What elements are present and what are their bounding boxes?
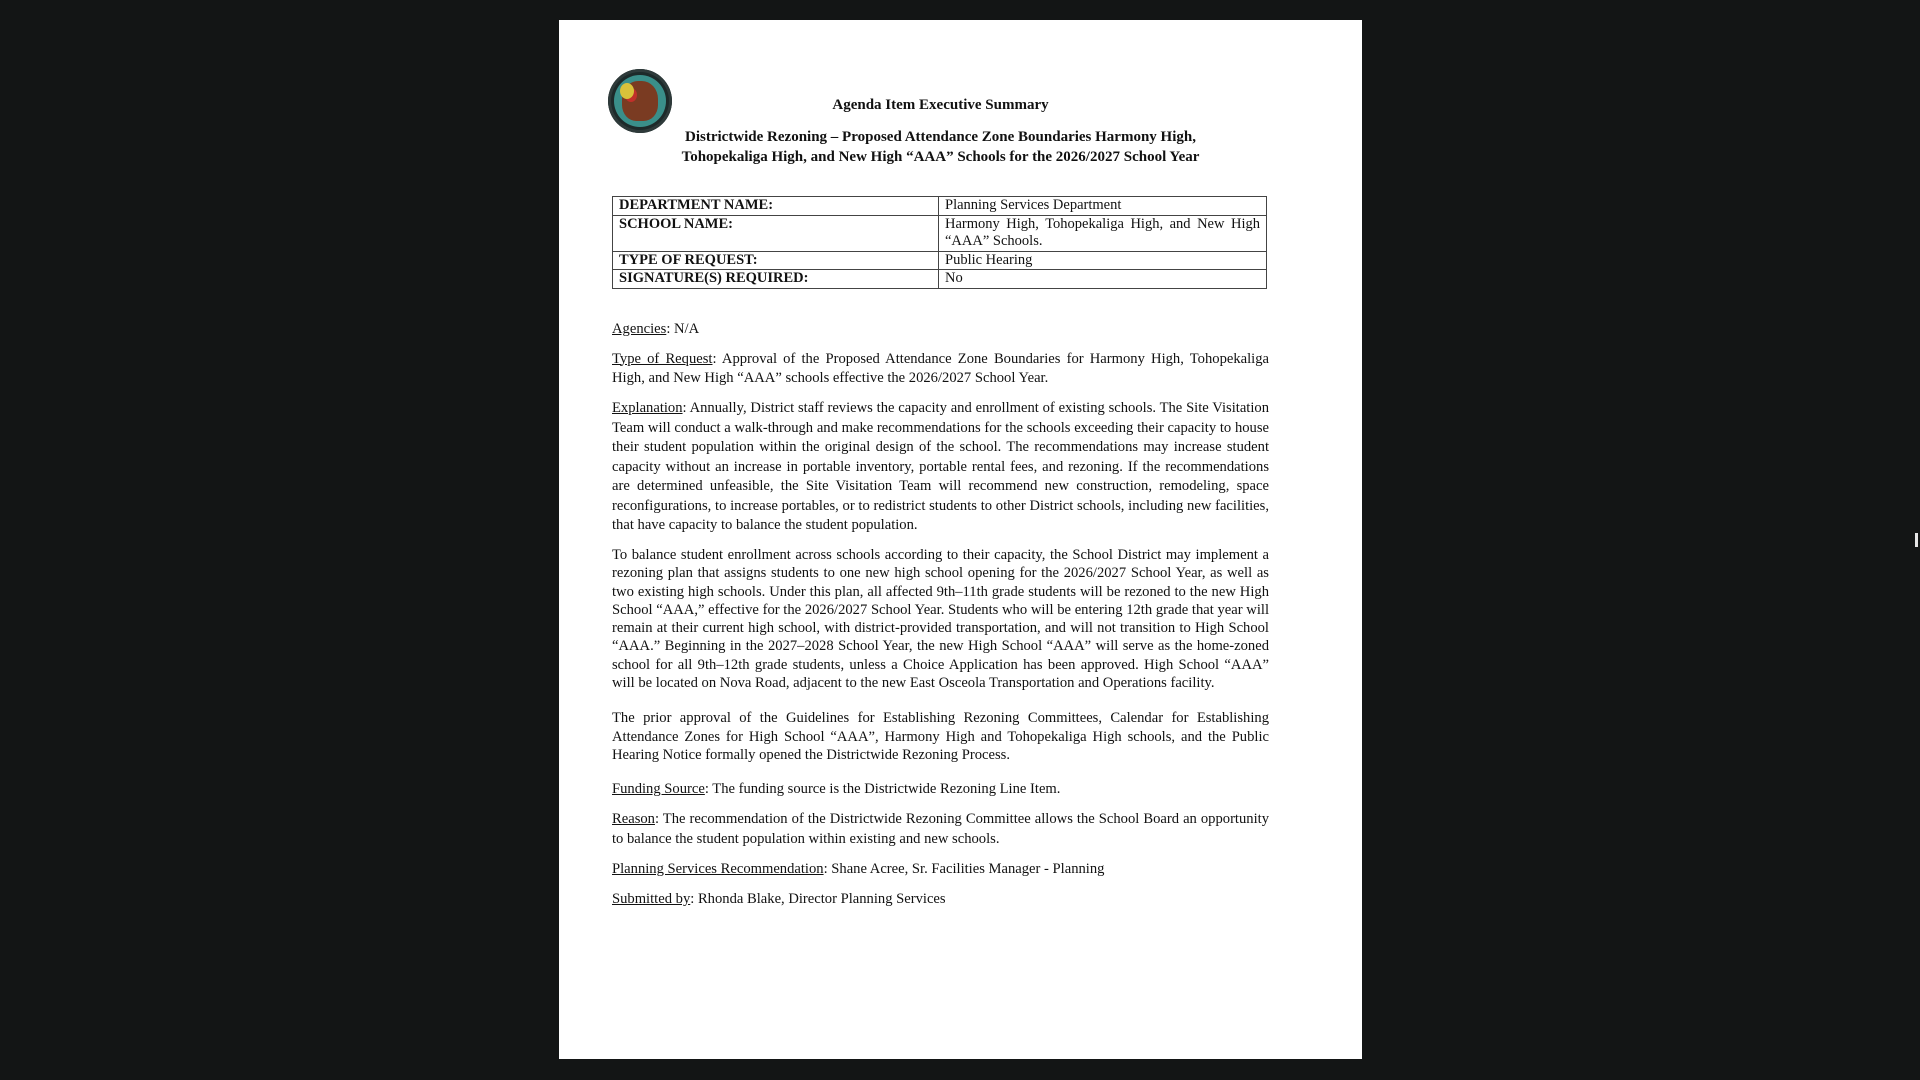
agencies-section: Agencies: N/A xyxy=(612,320,1269,340)
subheading-text: Districtwide Rezoning – Proposed Attenda… xyxy=(682,129,1200,165)
table-row: SCHOOL NAME: Harmony High, Tohopekaliga … xyxy=(613,215,1267,251)
agencies-label: Agencies xyxy=(612,321,666,337)
reason-section: Reason: The recommendation of the Distri… xyxy=(612,810,1269,849)
department-name-value: Planning Services Department xyxy=(939,197,1267,216)
recommendation-label: Planning Services Recommendation xyxy=(612,861,824,877)
table-row: TYPE OF REQUEST: Public Hearing xyxy=(613,251,1267,270)
explanation-text: : Annually, District staff reviews the c… xyxy=(612,400,1269,533)
document-heading: Agenda Item Executive Summary xyxy=(612,97,1269,114)
agencies-text: : N/A xyxy=(666,321,699,337)
school-name-label: SCHOOL NAME: xyxy=(613,215,939,251)
submitted-by-label: Submitted by xyxy=(612,891,690,907)
department-name-label: DEPARTMENT NAME: xyxy=(613,197,939,216)
table-row: DEPARTMENT NAME: Planning Services Depar… xyxy=(613,197,1267,216)
type-of-request-section-label: Type of Request xyxy=(612,351,712,367)
reason-text: : The recommendation of the Districtwide… xyxy=(612,811,1269,847)
prior-approval-paragraph: The prior approval of the Guidelines for… xyxy=(612,709,1269,764)
school-name-value: Harmony High, Tohopekaliga High, and New… xyxy=(939,215,1267,251)
recommendation-text: : Shane Acree, Sr. Facilities Manager - … xyxy=(824,861,1105,877)
reason-label: Reason xyxy=(612,811,655,827)
document-page: Agenda Item Executive Summary Districtwi… xyxy=(559,20,1362,1059)
table-row: SIGNATURE(S) REQUIRED: No xyxy=(613,270,1267,289)
text-cursor-icon xyxy=(1915,533,1918,547)
signatures-required-value: No xyxy=(939,270,1267,289)
document-body: Agencies: N/A Type of Request: Approval … xyxy=(612,320,1269,920)
type-of-request-label: TYPE OF REQUEST: xyxy=(613,251,939,270)
recommendation-section: Planning Services Recommendation: Shane … xyxy=(612,860,1269,880)
funding-source-section: Funding Source: The funding source is th… xyxy=(612,780,1269,800)
submitted-by-text: : Rhonda Blake, Director Planning Servic… xyxy=(690,891,945,907)
type-of-request-value: Public Hearing xyxy=(939,251,1267,270)
balance-paragraph: To balance student enrollment across sch… xyxy=(612,546,1269,692)
type-of-request-section: Type of Request: Approval of the Propose… xyxy=(612,350,1269,389)
explanation-section: Explanation: Annually, District staff re… xyxy=(612,399,1269,536)
document-subheading: Districtwide Rezoning – Proposed Attenda… xyxy=(612,128,1269,167)
explanation-label: Explanation xyxy=(612,400,683,416)
summary-table: DEPARTMENT NAME: Planning Services Depar… xyxy=(612,196,1267,289)
submitted-by-section: Submitted by: Rhonda Blake, Director Pla… xyxy=(612,890,1269,910)
funding-source-label: Funding Source xyxy=(612,781,705,797)
signatures-required-label: SIGNATURE(S) REQUIRED: xyxy=(613,270,939,289)
funding-source-text: : The funding source is the Districtwide… xyxy=(705,781,1061,797)
